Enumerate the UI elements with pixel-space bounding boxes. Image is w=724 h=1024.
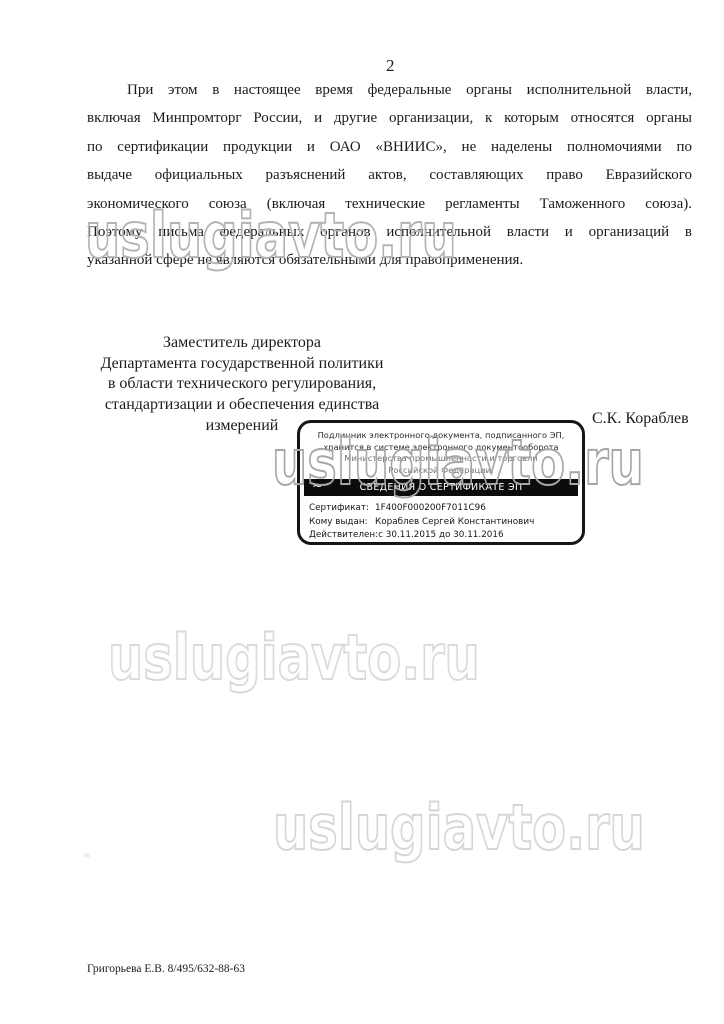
signature-title-line: в области технического регулирования, xyxy=(92,374,392,395)
signature-title-line: Департамента государственной политики xyxy=(92,354,392,375)
field-label: Действителен: xyxy=(309,529,378,543)
esignature-stamp: Подлинник электронного документа, подпис… xyxy=(297,420,585,545)
signature-squiggle: ~ xyxy=(312,478,323,495)
signature-title-line: Заместитель директора xyxy=(92,333,392,354)
paragraph-line: Поэтому письма федеральных органов испол… xyxy=(87,218,692,246)
field-value: с 30.11.2015 до 30.11.2016 xyxy=(378,529,503,543)
stamp-header-line: хранится в системе электронного документ… xyxy=(300,442,582,454)
paragraph-line: включая Минпромторг России, и другие орг… xyxy=(87,104,692,132)
scan-artifact xyxy=(84,853,90,858)
field-value: Кораблев Сергей Константинович xyxy=(375,516,534,530)
signer-name: С.К. Кораблев xyxy=(592,410,689,428)
stamp-header-line: Подлинник электронного документа, подпис… xyxy=(300,430,582,442)
paragraph-line: экономического союза (включая технически… xyxy=(87,190,692,218)
watermark-uslugiavto: uslugiavto.ru xyxy=(273,791,645,864)
watermark-uslugiavto: uslugiavto.ru xyxy=(108,621,480,694)
page-number: 2 xyxy=(386,56,395,76)
document-page: 2 При этом в настоящее время федеральные… xyxy=(0,0,724,1024)
stamp-header-line: Российской Федерации. xyxy=(300,465,582,477)
certificate-field-row: Действителен: с 30.11.2015 до 30.11.2016 xyxy=(309,529,582,543)
paragraph-line: указанной сфере не являются обязательным… xyxy=(87,246,692,274)
stamp-header-line: Министерства промышленности и торговли xyxy=(300,453,582,465)
stamp-header: Подлинник электронного документа, подпис… xyxy=(300,423,582,477)
paragraph-line: При этом в настоящее время федеральные о… xyxy=(87,76,692,104)
certificate-info-bar: ~ СВЕДЕНИЯ О СЕРТИФИКАТЕ ЭП xyxy=(304,479,578,496)
field-label: Кому выдан: xyxy=(309,516,375,530)
paragraph-line: выдаче официальных разъяснений актов, со… xyxy=(87,161,692,189)
certificate-fields: Сертификат: 1F400F000200F7011C96 Кому вы… xyxy=(300,496,582,543)
certificate-field-row: Сертификат: 1F400F000200F7011C96 xyxy=(309,502,582,516)
body-paragraph: При этом в настоящее время федеральные о… xyxy=(87,76,692,275)
certificate-field-row: Кому выдан: Кораблев Сергей Константинов… xyxy=(309,516,582,530)
field-value: 1F400F000200F7011C96 xyxy=(375,502,486,516)
signature-title-line: стандартизации и обеспечения единства xyxy=(92,395,392,416)
field-label: Сертификат: xyxy=(309,502,375,516)
paragraph-line: по сертификации продукции и ОАО «ВНИИС»,… xyxy=(87,133,692,161)
footer-contact: Григорьева Е.В. 8/495/632-88-63 xyxy=(87,963,245,975)
certificate-bar-title: СВЕДЕНИЯ О СЕРТИФИКАТЕ ЭП xyxy=(360,482,523,493)
